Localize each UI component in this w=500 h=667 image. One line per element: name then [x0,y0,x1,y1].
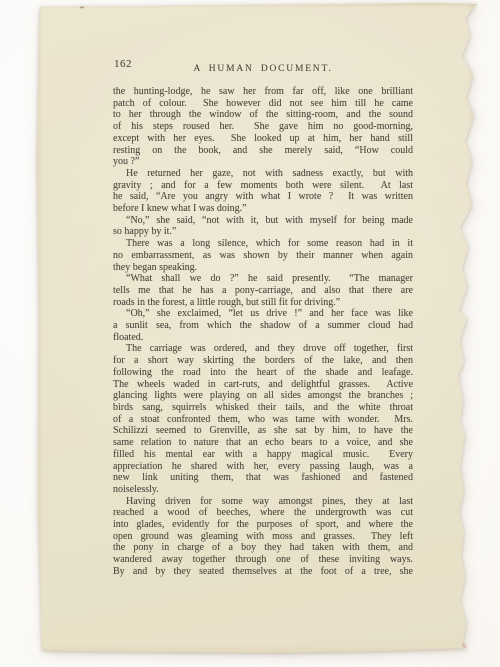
text-line: into glades, evidently for the purposes … [113,519,413,531]
text-line: “No,” she said, “not with it, but with m… [113,215,413,227]
text-line: birds sang, squirrels whisked their tail… [113,402,413,414]
text-line: he said, “Are you angry with what I wrot… [113,191,413,203]
text-line: filled his mental ear with a happy magic… [113,449,413,461]
paragraph: the hunting-lodge, he saw her from far o… [113,86,413,168]
text-line: “Oh,” she exclaimed, “let us drive !” an… [113,308,413,320]
scan-backdrop: 162 A HUMAN DOCUMENT. the hunting-lodge,… [0,0,500,667]
text-line: open ground was gleaming with moss and g… [113,531,413,543]
text-line: new link uniting them, that was fashione… [113,472,413,484]
text-line: for a short way skirting the borders of … [113,355,413,367]
page-number: 162 [114,58,132,70]
text-line: glancing lights were playing on all side… [113,390,413,402]
text-line: resting on the book, and she merely said… [113,145,413,157]
text-line: wandered away together through one of th… [113,554,413,566]
text-line: reached a wood of beeches, where the und… [113,507,413,519]
text-line: roads in the forest, a little rough, but… [113,297,413,309]
text-line: noiselessly. [113,484,413,496]
paragraph: “No,” she said, “not with it, but with m… [113,215,413,238]
text-line: no embarrassment, as was shown by their … [113,250,413,262]
page-body: the hunting-lodge, he saw her from far o… [113,86,413,578]
text-line: except with her eyes. She looked up at h… [113,133,413,145]
paragraph: There was a long silence, which for some… [113,238,413,273]
paragraph: Having driven for some way amongst pines… [113,496,413,578]
book-page: 162 A HUMAN DOCUMENT. the hunting-lodge,… [36,2,478,654]
text-line: of his steps roused her. She gave him no… [113,121,413,133]
running-header: A HUMAN DOCUMENT. [193,64,332,74]
paragraph: “What shall we do ?” he said presently. … [113,273,413,308]
text-line: Having driven for some way amongst pines… [113,496,413,508]
text-line: you ?” [113,156,413,168]
paragraph: The carriage was ordered, and they drove… [113,343,413,495]
text-line: gravity ; and for a few moments both wer… [113,180,413,192]
text-line: before I knew what I was doing.” [113,203,413,215]
paragraph: “Oh,” she exclaimed, “let us drive !” an… [113,308,413,343]
paragraph: He returned her gaze, not with sadness e… [113,168,413,215]
text-line: the hunting-lodge, he saw her from far o… [113,86,413,98]
text-line: There was a long silence, which for some… [113,238,413,250]
text-line: “What shall we do ?” he said presently. … [113,273,413,285]
text-line: so happy by it.” [113,226,413,238]
text-line: the pony in charge of a boy they had tak… [113,542,413,554]
text-line: appreciation he shared with her, every p… [113,461,413,473]
text-line: Schilizzi seemed to Grenville, as she sa… [113,425,413,437]
text-line: The wheels waded in cart-ruts, and delig… [113,379,413,391]
text-line: patch of colour. She however did not see… [113,98,413,110]
text-line: The carriage was ordered, and they drove… [113,343,413,355]
text-line: following the road into the heart of the… [113,367,413,379]
text-line: floated. [113,332,413,344]
text-line: tells me that he has a pony-carriage, an… [113,285,413,297]
page-header: 162 A HUMAN DOCUMENT. [113,58,413,70]
text-line: they began speaking. [113,262,413,274]
text-line: of a stoat confronted them, who was tame… [113,414,413,426]
text-line: a sunlit sea, from which the shadow of a… [113,320,413,332]
text-line: same relation to nature that an echo bea… [113,437,413,449]
book-page-wrap: 162 A HUMAN DOCUMENT. the hunting-lodge,… [36,2,478,654]
text-line: By and by they seated themselves at the … [113,566,413,578]
page-content: 162 A HUMAN DOCUMENT. the hunting-lodge,… [113,58,413,578]
text-line: He returned her gaze, not with sadness e… [113,168,413,180]
text-line: to her through the window of the sitting… [113,109,413,121]
